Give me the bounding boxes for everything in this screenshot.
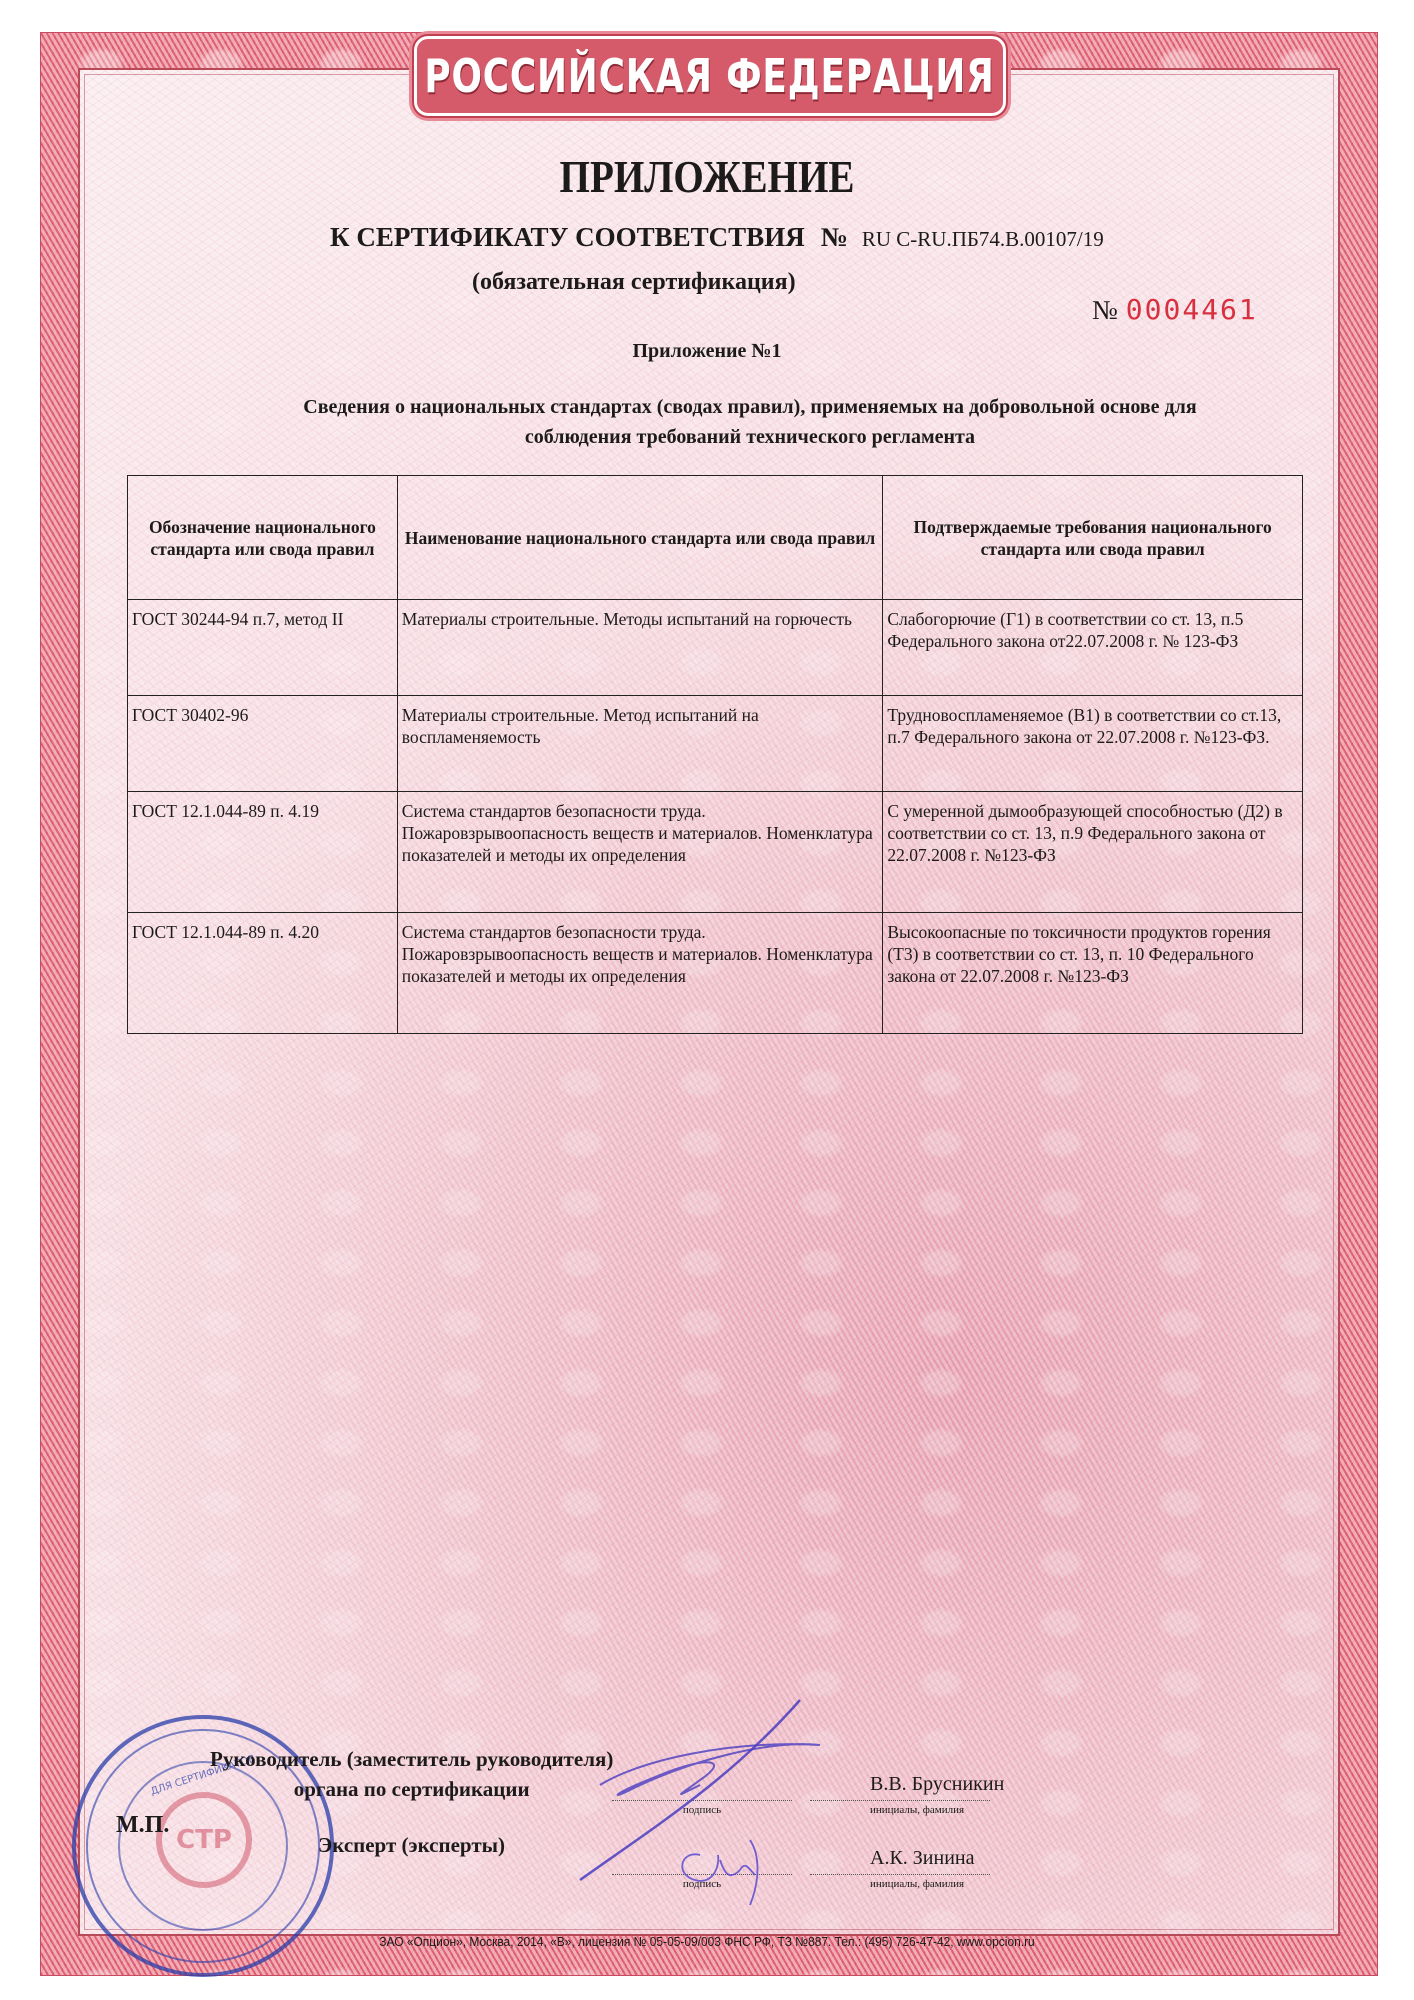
certificate-reference: К СЕРТИФИКАТУ СООТВЕТСТВИЯ№RU C-RU.ПБ74.… xyxy=(330,222,1104,253)
table-row: ГОСТ 12.1.044-89 п. 4.19 Система стандар… xyxy=(128,792,1303,913)
cell-requirements: С умеренной дымообразующей способностью … xyxy=(883,792,1303,913)
head-signatory-label: Руководитель (заместитель руководителя) … xyxy=(210,1744,613,1804)
cell-designation: ГОСТ 30402-96 xyxy=(128,696,398,792)
cell-name: Система стандартов безопасности труда. П… xyxy=(397,792,883,913)
appendix-number: Приложение №1 xyxy=(0,340,1414,363)
certification-type: (обязательная сертификация) xyxy=(472,269,796,296)
serial-number: 0004461 xyxy=(1126,293,1258,326)
cell-designation: ГОСТ 30244-94 п.7, метод II xyxy=(128,600,398,696)
table-row: ГОСТ 12.1.044-89 п. 4.20 Система стандар… xyxy=(128,913,1303,1034)
standards-heading: Сведения о национальных стандартах (свод… xyxy=(200,392,1300,452)
cell-name: Система стандартов безопасности труда. П… xyxy=(397,913,883,1034)
cell-designation: ГОСТ 12.1.044-89 п. 4.20 xyxy=(128,913,398,1034)
number-sign: № xyxy=(821,222,848,252)
stamp-place-label: М.П. xyxy=(116,1812,169,1839)
header-designation: Обозначение национального стандарта или … xyxy=(128,476,398,600)
head-label-line2: органа по сертификации xyxy=(210,1774,613,1804)
signature-scribbles xyxy=(570,1680,890,1930)
banner-text: РОССИЙСКАЯ ФЕДЕРАЦИЯ xyxy=(425,49,995,103)
cell-requirements: Высокоопасные по токсичности продуктов г… xyxy=(883,913,1303,1034)
cell-name: Материалы строительные. Методы испытаний… xyxy=(397,600,883,696)
header-requirements: Подтверждаемые требования национального … xyxy=(883,476,1303,600)
cell-designation: ГОСТ 12.1.044-89 п. 4.19 xyxy=(128,792,398,913)
header-name: Наименование национального стандарта или… xyxy=(397,476,883,600)
table-row: ГОСТ 30402-96 Материалы строительные. Ме… xyxy=(128,696,1303,792)
head-name: В.В. Брусникин xyxy=(870,1773,1004,1796)
certificate-number: RU C-RU.ПБ74.В.00107/19 xyxy=(862,227,1104,251)
country-banner: РОССИЙСКАЯ ФЕДЕРАЦИЯ xyxy=(414,36,1006,116)
certificate-label: К СЕРТИФИКАТУ СООТВЕТСТВИЯ xyxy=(330,222,805,252)
stamp-logo-icon: СТР xyxy=(156,1792,252,1888)
document-title: ПРИЛОЖЕНИЕ xyxy=(106,150,1308,203)
printer-imprint: ЗАО «Опцион», Москва, 2014, «В», лицензи… xyxy=(57,1934,1358,1949)
head-label-line1: Руководитель (заместитель руководителя) xyxy=(210,1744,613,1774)
expert-signatory-label: Эксперт (эксперты) xyxy=(318,1833,505,1858)
cell-requirements: Слабогорючие (Г1) в соответствии со ст. … xyxy=(883,600,1303,696)
form-serial: №0004461 xyxy=(1092,293,1258,326)
table-header-row: Обозначение национального стандарта или … xyxy=(128,476,1303,600)
cell-name: Материалы строительные. Метод испытаний … xyxy=(397,696,883,792)
standards-table: Обозначение национального стандарта или … xyxy=(127,475,1303,1034)
standards-heading-line2: соблюдения требований технического регла… xyxy=(200,422,1300,452)
serial-number-sign: № xyxy=(1092,295,1118,325)
table-row: ГОСТ 30244-94 п.7, метод II Материалы ст… xyxy=(128,600,1303,696)
standards-heading-line1: Сведения о национальных стандартах (свод… xyxy=(200,392,1300,422)
cell-requirements: Трудновоспламеняемое (В1) в соответствии… xyxy=(883,696,1303,792)
